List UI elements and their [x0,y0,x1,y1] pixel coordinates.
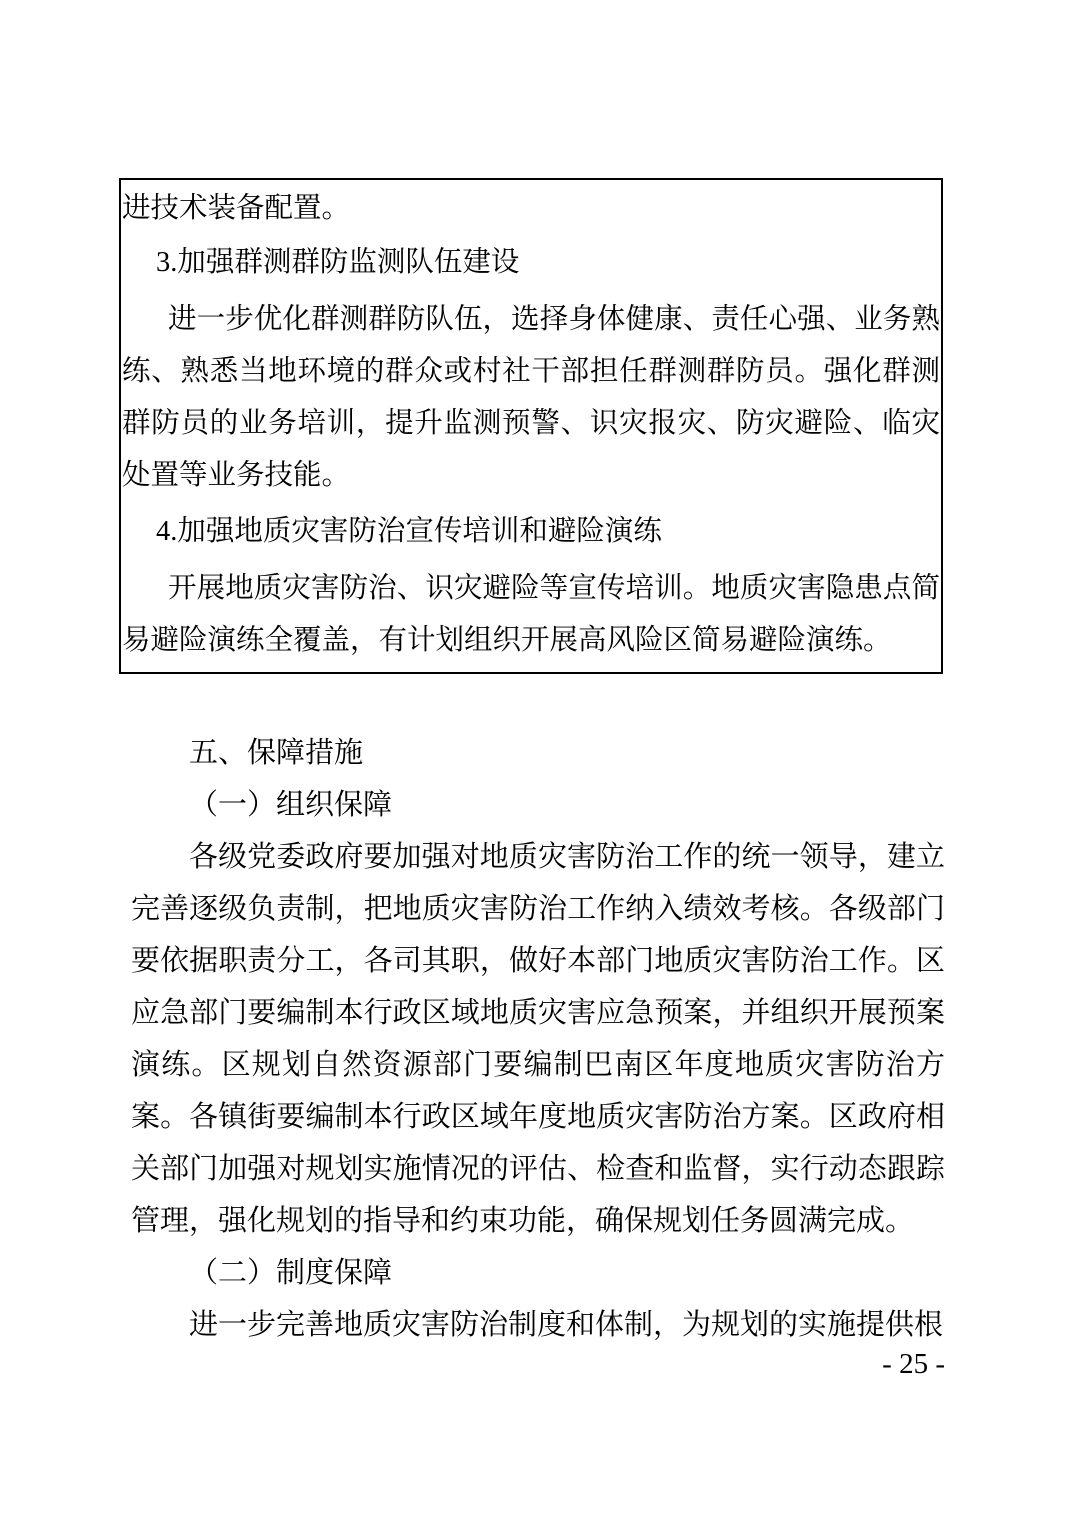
box-subheading-4-number: 4. [156,516,177,547]
box-subheading-3-title: 加强群测群防监测队伍建设 [177,246,519,278]
document-page: 进技术装备配置。 3.加强群测群防监测队伍建设 进一步优化群测群防队伍，选择身体… [0,0,1074,1520]
main-section: 五、保障措施 （一）组织保障 各级党委政府要加强对地质灾害防治工作的统一领导，建… [131,727,945,1383]
section-heading-2: （二）制度保障 [131,1247,945,1299]
section-paragraph-1: 各级党委政府要加强对地质灾害防治工作的统一领导，建立完善逐级负责制，把地质灾害防… [131,831,945,1247]
box-subheading-3-number: 3. [156,247,177,278]
box-subheading-4: 4.加强地质灾害防治宣传培训和避险演练 [122,505,940,558]
section-heading-1: （一）组织保障 [131,779,945,831]
excerpt-box: 进技术装备配置。 3.加强群测群防监测队伍建设 进一步优化群测群防队伍，选择身体… [119,178,943,674]
chapter-heading: 五、保障措施 [131,727,945,779]
box-subheading-3: 3.加强群测群防监测队伍建设 [122,236,940,289]
box-paragraph-4: 开展地质灾害防治、识灾避险等宣传培训。地质灾害隐患点简易避险演练全覆盖，有计划组… [122,562,940,666]
box-paragraph-3: 进一步优化群测群防队伍，选择身体健康、责任心强、业务熟练、熟悉当地环境的群众或村… [122,293,940,501]
box-subheading-4-title: 加强地质灾害防治宣传培训和避险演练 [177,515,662,547]
page-content: 进技术装备配置。 3.加强群测群防监测队伍建设 进一步优化群测群防队伍，选择身体… [119,178,945,1383]
section-paragraph-2: 进一步完善地质灾害防治制度和体制，为规划的实施提供根 [131,1299,945,1351]
box-continuation-line: 进技术装备配置。 [122,182,940,234]
